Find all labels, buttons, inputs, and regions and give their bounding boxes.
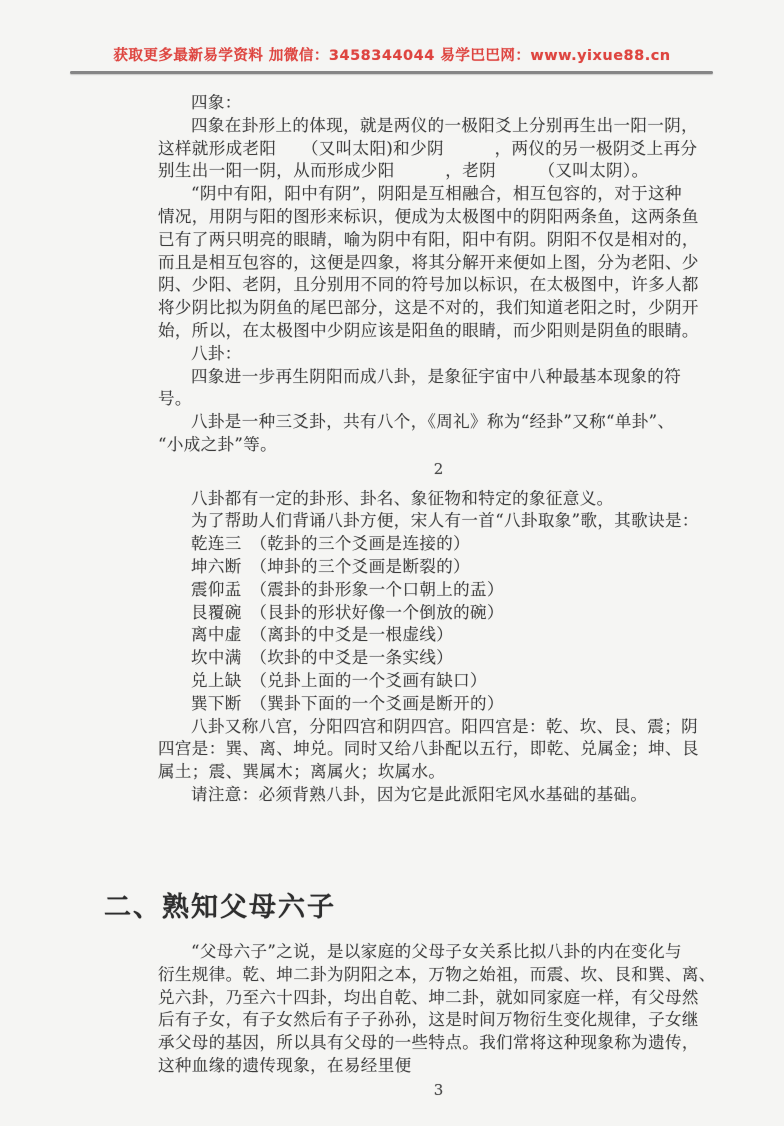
body-text-block-2: “父母六子”之说，是以家庭的父母子女关系比拟八卦的内在变化与衍生规律。乾、坤二卦… [158, 941, 719, 1109]
text-line: “小成之卦”等。 [158, 434, 719, 457]
text-line: 四象进一步再生阴阳而成八卦，是象征宇宙中八种最基本现象的符 [158, 366, 719, 389]
text-line: 请注意：必须背熟八卦，因为它是此派阳宅风水基础的基础。 [158, 784, 719, 807]
text-line: 将少阴比拟为阴鱼的尾巴部分，这是不对的，我们知道老阳之时，少阴开 [158, 297, 719, 320]
text-line: 兑六卦，乃至六十四卦，均出自乾、坤二卦，就如同家庭一样，有父母然 [158, 987, 719, 1010]
text-line: 为了帮助人们背诵八卦方便，宋人有一首“八卦取象”歌，其歌诀是： [158, 510, 719, 533]
section-heading-parents-six-children: 二、熟知父母六子 [104, 891, 336, 925]
text-line: “阴中有阳，阳中有阴”，阴阳是互相融合，相互包容的，对于这种 [158, 183, 719, 206]
text-line: 衍生规律。乾、坤二卦为阴阳之本，万物之始祖，而震、坎、艮和巽、离、 [158, 964, 719, 987]
song-line-zhen: 震仰盂 （震卦的卦形象一个口朝上的盂） [158, 579, 719, 602]
song-line-qian: 乾连三 （乾卦的三个爻画是连接的） [158, 533, 719, 556]
text-line: 情况，用阴与阳的图形来标识，便成为太极图中的阴阳两条鱼，这两条鱼 [158, 206, 719, 229]
body-text-block-1: 四象：四象在卦形上的体现，就是两仪的一极阳爻上分别再生出一阳一阴，这样就形成老阳… [158, 92, 719, 807]
text-line: 号。 [158, 388, 719, 411]
text-line: 后有子女，有子女然后有子子孙孙，这是时间万物衍生变化规律，子女继 [158, 1009, 719, 1032]
header-divider-line [70, 71, 713, 74]
text-line: 八卦又称八宫，分阳四宫和阴四宫。阳四宫是：乾、坎、艮、震；阴 [158, 716, 719, 739]
text-line: 阴、少阳、老阴，且分别用不同的符号加以标识，在太极图中，许多人都 [158, 274, 719, 297]
text-line: 始，所以，在太极图中少阴应该是阳鱼的眼睛，而少阳则是阴鱼的眼睛。 [158, 320, 719, 343]
page-number-3: 3 [158, 1079, 719, 1102]
page-number-2: 2 [158, 458, 719, 481]
text-line: “父母六子”之说，是以家庭的父母子女关系比拟八卦的内在变化与 [158, 941, 719, 964]
text-line: 八卦都有一定的卦形、卦名、象征物和特定的象征意义。 [158, 488, 719, 511]
song-line-dui: 兑上缺 （兑卦上面的一个爻画有缺口） [158, 670, 719, 693]
text-line: 八卦： [158, 343, 719, 366]
song-line-li: 离中虚 （离卦的中爻是一根虚线） [158, 624, 719, 647]
song-line-xun: 巽下断 （巽卦下面的一个爻画是断开的） [158, 693, 719, 716]
text-line: 八卦是一种三爻卦，共有八个，《周礼》称为“经卦”又称“单卦”、 [158, 411, 719, 434]
text-line: 属土；震、巽属木；离属火；坎属水。 [158, 761, 719, 784]
text-line: 四象： [158, 92, 719, 115]
text-line: 四宫是：巽、离、坤兑。同时又给八卦配以五行，即乾、兑属金；坤、艮 [158, 738, 719, 761]
text-line: 承父母的基因，所以具有父母的一些特点。我们常将这种现象称为遗传， [158, 1032, 719, 1055]
song-line-kun: 坤六断 （坤卦的三个爻画是断裂的） [158, 556, 719, 579]
text-line: 四象在卦形上的体现，就是两仪的一极阳爻上分别再生出一阳一阴， [158, 115, 719, 138]
text-line: 而且是相互包容的，这便是四象，将其分解开来便如上图，分为老阳、少 [158, 252, 719, 275]
header-promo-text: 获取更多最新易学资料 加微信：3458344044 易学巴巴网：www.yixu… [0, 44, 784, 65]
text-line: 这样就形成老阳 （又叫太阳)和少阴 ，两仪的另一极阴爻上再分 [158, 138, 719, 161]
document-page: 获取更多最新易学资料 加微信：3458344044 易学巴巴网：www.yixu… [0, 0, 784, 1126]
text-line: 这种血缘的遗传现象，在易经里便 [158, 1055, 719, 1078]
song-line-gen: 艮覆碗 （艮卦的形状好像一个倒放的碗） [158, 602, 719, 625]
text-line: 已有了两只明亮的眼睛，喻为阴中有阳，阳中有阴。阴阳不仅是相对的， [158, 229, 719, 252]
text-line: 别生出一阳一阴，从而形成少阳 ，老阴 （又叫太阴）。 [158, 160, 719, 183]
song-line-kan: 坎中满 （坎卦的中爻是一条实线） [158, 647, 719, 670]
